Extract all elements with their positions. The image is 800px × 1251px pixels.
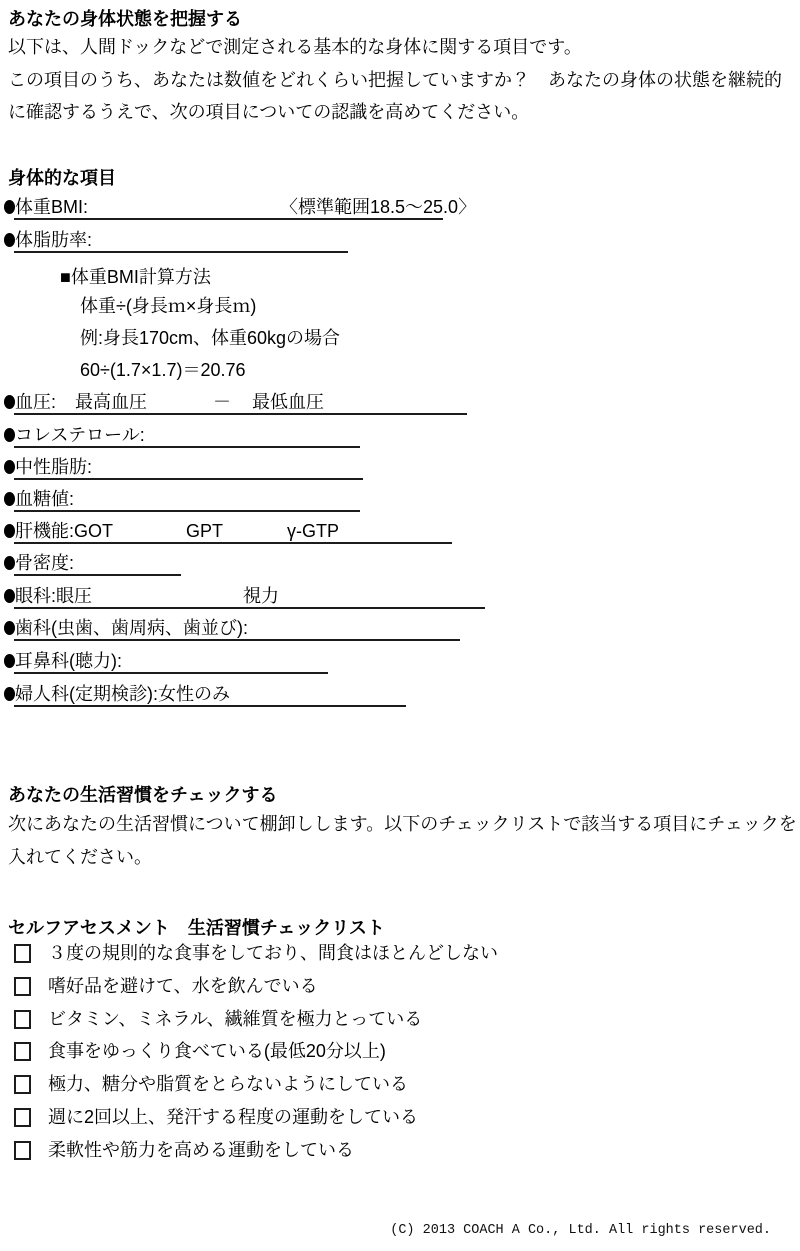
fill-in-line <box>14 574 181 576</box>
item-text: 〈標準範囲18.5～25.0〉 <box>280 197 476 218</box>
fill-in-line <box>14 446 360 448</box>
item-text: 眼科:眼圧 <box>15 586 92 607</box>
fill-in-line <box>14 542 452 544</box>
item-text: － <box>213 392 231 413</box>
checklist-item-row: ビタミン、ミネラル、繊維質を極力とっている <box>0 1008 800 1034</box>
bullet-icon <box>4 460 15 474</box>
bullet-icon <box>4 428 15 442</box>
physical-item-row: 歯科(虫歯、歯周病、歯並び): <box>0 618 800 642</box>
item-text: 体重BMI: <box>15 197 88 218</box>
text-line: 60÷(1.7×1.7)＝20.76 <box>80 359 340 391</box>
checkbox-icon[interactable] <box>14 1108 31 1127</box>
lifestyle-section-heading: あなたの生活習慣をチェックする <box>8 781 277 807</box>
checklist-item-label: 柔軟性や筋力を高める運動をしている <box>48 1139 354 1161</box>
physical-item-row: 中性脂肪: <box>0 457 800 481</box>
item-text: 最低血圧 <box>252 392 324 413</box>
bullet-icon <box>4 200 15 214</box>
checkbox-icon[interactable] <box>14 1042 31 1061</box>
checkbox-icon[interactable] <box>14 944 31 963</box>
copyright-text: (C) 2013 COACH A Co., Ltd. All rights re… <box>390 1223 771 1238</box>
item-text: 骨密度: <box>15 553 74 574</box>
item-text: コレステロール: <box>15 425 145 446</box>
physical-item-row: 婦人科(定期検診):女性のみ <box>0 684 800 708</box>
lifestyle-paragraph: 次にあなたの生活習慣について棚卸しします。以下のチェックリストで該当する項目にチ… <box>8 813 797 878</box>
checkbox-icon[interactable] <box>14 977 31 996</box>
checklist-item-row: 週に2回以上、発汗する程度の運動をしている <box>0 1106 800 1132</box>
item-text: 最高血圧 <box>75 392 147 413</box>
text-line: この項目のうち、あなたは数値をどれくらい把握していますか？ あなたの身体の状態を… <box>8 69 782 102</box>
checklist-item-label: 嗜好品を避けて、水を飲んでいる <box>48 975 318 997</box>
fill-in-line <box>14 218 443 220</box>
checklist-item-row: 柔軟性や筋力を高める運動をしている <box>0 1139 800 1165</box>
physical-item-row: 血糖値: <box>0 489 800 513</box>
intro-heading: あなたの身体状態を把握する <box>8 5 242 31</box>
physical-item-row: 耳鼻科(聴力): <box>0 651 800 675</box>
physical-item-row: コレステロール: <box>0 425 800 449</box>
fill-in-line <box>14 639 460 641</box>
bmi-note-title: ■体重BMI計算方法 <box>60 263 211 289</box>
checklist-item-label: 週に2回以上、発汗する程度の運動をしている <box>48 1106 418 1128</box>
bullet-icon <box>4 556 15 570</box>
fill-in-line <box>14 705 406 707</box>
bullet-icon <box>4 687 15 701</box>
checklist-item-row: ３度の規則的な食事をしており、間食はほとんどしない <box>0 942 800 968</box>
physical-item-row: 肝機能:GOTGPTγ-GTP <box>0 521 800 545</box>
item-text: γ-GTP <box>287 521 339 542</box>
physical-section-heading: 身体的な項目 <box>8 164 116 190</box>
item-text: 視力 <box>243 586 279 607</box>
text-line: 例:身長170cm、体重60kgの場合 <box>80 327 340 359</box>
checklist-heading: セルフアセスメント 生活習慣チェックリスト <box>8 914 385 940</box>
physical-item-row: 体重BMI:〈標準範囲18.5～25.0〉 <box>0 197 800 221</box>
text-line: 体重÷(身長ｍ×身長ｍ) <box>80 295 340 327</box>
document-page: あなたの身体状態を把握する 以下は、人間ドックなどで測定される基本的な身体に関す… <box>0 0 800 1251</box>
bmi-note-lines: 体重÷(身長ｍ×身長ｍ)例:身長170cm、体重60kgの場合60÷(1.7×1… <box>80 295 340 391</box>
fill-in-line <box>14 478 363 480</box>
item-text: 肝機能:GOT <box>15 521 113 542</box>
item-text: 血糖値: <box>15 489 74 510</box>
fill-in-line <box>14 607 485 609</box>
bullet-icon <box>4 233 15 247</box>
checklist-item-label: 極力、糖分や脂質をとらないようにしている <box>48 1073 408 1095</box>
checkbox-icon[interactable] <box>14 1075 31 1094</box>
bullet-icon <box>4 621 15 635</box>
item-text: 体脂肪率: <box>15 230 92 251</box>
bullet-icon <box>4 589 15 603</box>
checkbox-icon[interactable] <box>14 1010 31 1029</box>
text-line: 入れてください。 <box>8 846 797 879</box>
bullet-icon <box>4 654 15 668</box>
fill-in-line <box>14 413 467 415</box>
item-text: 歯科(虫歯、歯周病、歯並び): <box>15 618 248 639</box>
fill-in-line <box>14 251 348 253</box>
checklist-item-row: 極力、糖分や脂質をとらないようにしている <box>0 1073 800 1099</box>
checklist-item-row: 嗜好品を避けて、水を飲んでいる <box>0 975 800 1001</box>
fill-in-line <box>14 672 328 674</box>
item-text: 婦人科(定期検診):女性のみ <box>15 684 230 705</box>
fill-in-line <box>14 510 360 512</box>
item-text: 耳鼻科(聴力): <box>15 651 122 672</box>
checkbox-icon[interactable] <box>14 1141 31 1160</box>
text-line: に確認するうえで、次の項目についての認識を高めてください。 <box>8 101 782 134</box>
bullet-icon <box>4 395 15 409</box>
physical-item-row: 骨密度: <box>0 553 800 577</box>
checklist-item-label: 食事をゆっくり食べている(最低20分以上) <box>48 1040 386 1062</box>
text-line: 次にあなたの生活習慣について棚卸しします。以下のチェックリストで該当する項目にチ… <box>8 813 797 846</box>
item-text: GPT <box>186 521 223 542</box>
bullet-icon <box>4 524 15 538</box>
intro-paragraph: 以下は、人間ドックなどで測定される基本的な身体に関する項目です。この項目のうち、… <box>8 36 782 134</box>
checklist-item-label: ３度の規則的な食事をしており、間食はほとんどしない <box>48 942 498 964</box>
checklist-item-row: 食事をゆっくり食べている(最低20分以上) <box>0 1040 800 1066</box>
checklist-item-label: ビタミン、ミネラル、繊維質を極力とっている <box>48 1008 422 1030</box>
physical-item-row: 体脂肪率: <box>0 230 800 254</box>
bullet-icon <box>4 492 15 506</box>
text-line: 以下は、人間ドックなどで測定される基本的な身体に関する項目です。 <box>8 36 782 69</box>
item-text: 中性脂肪: <box>15 457 92 478</box>
physical-item-row: 眼科:眼圧視力 <box>0 586 800 610</box>
item-text: 血圧: <box>15 392 56 413</box>
physical-item-row: 血圧:最高血圧－最低血圧 <box>0 392 800 416</box>
